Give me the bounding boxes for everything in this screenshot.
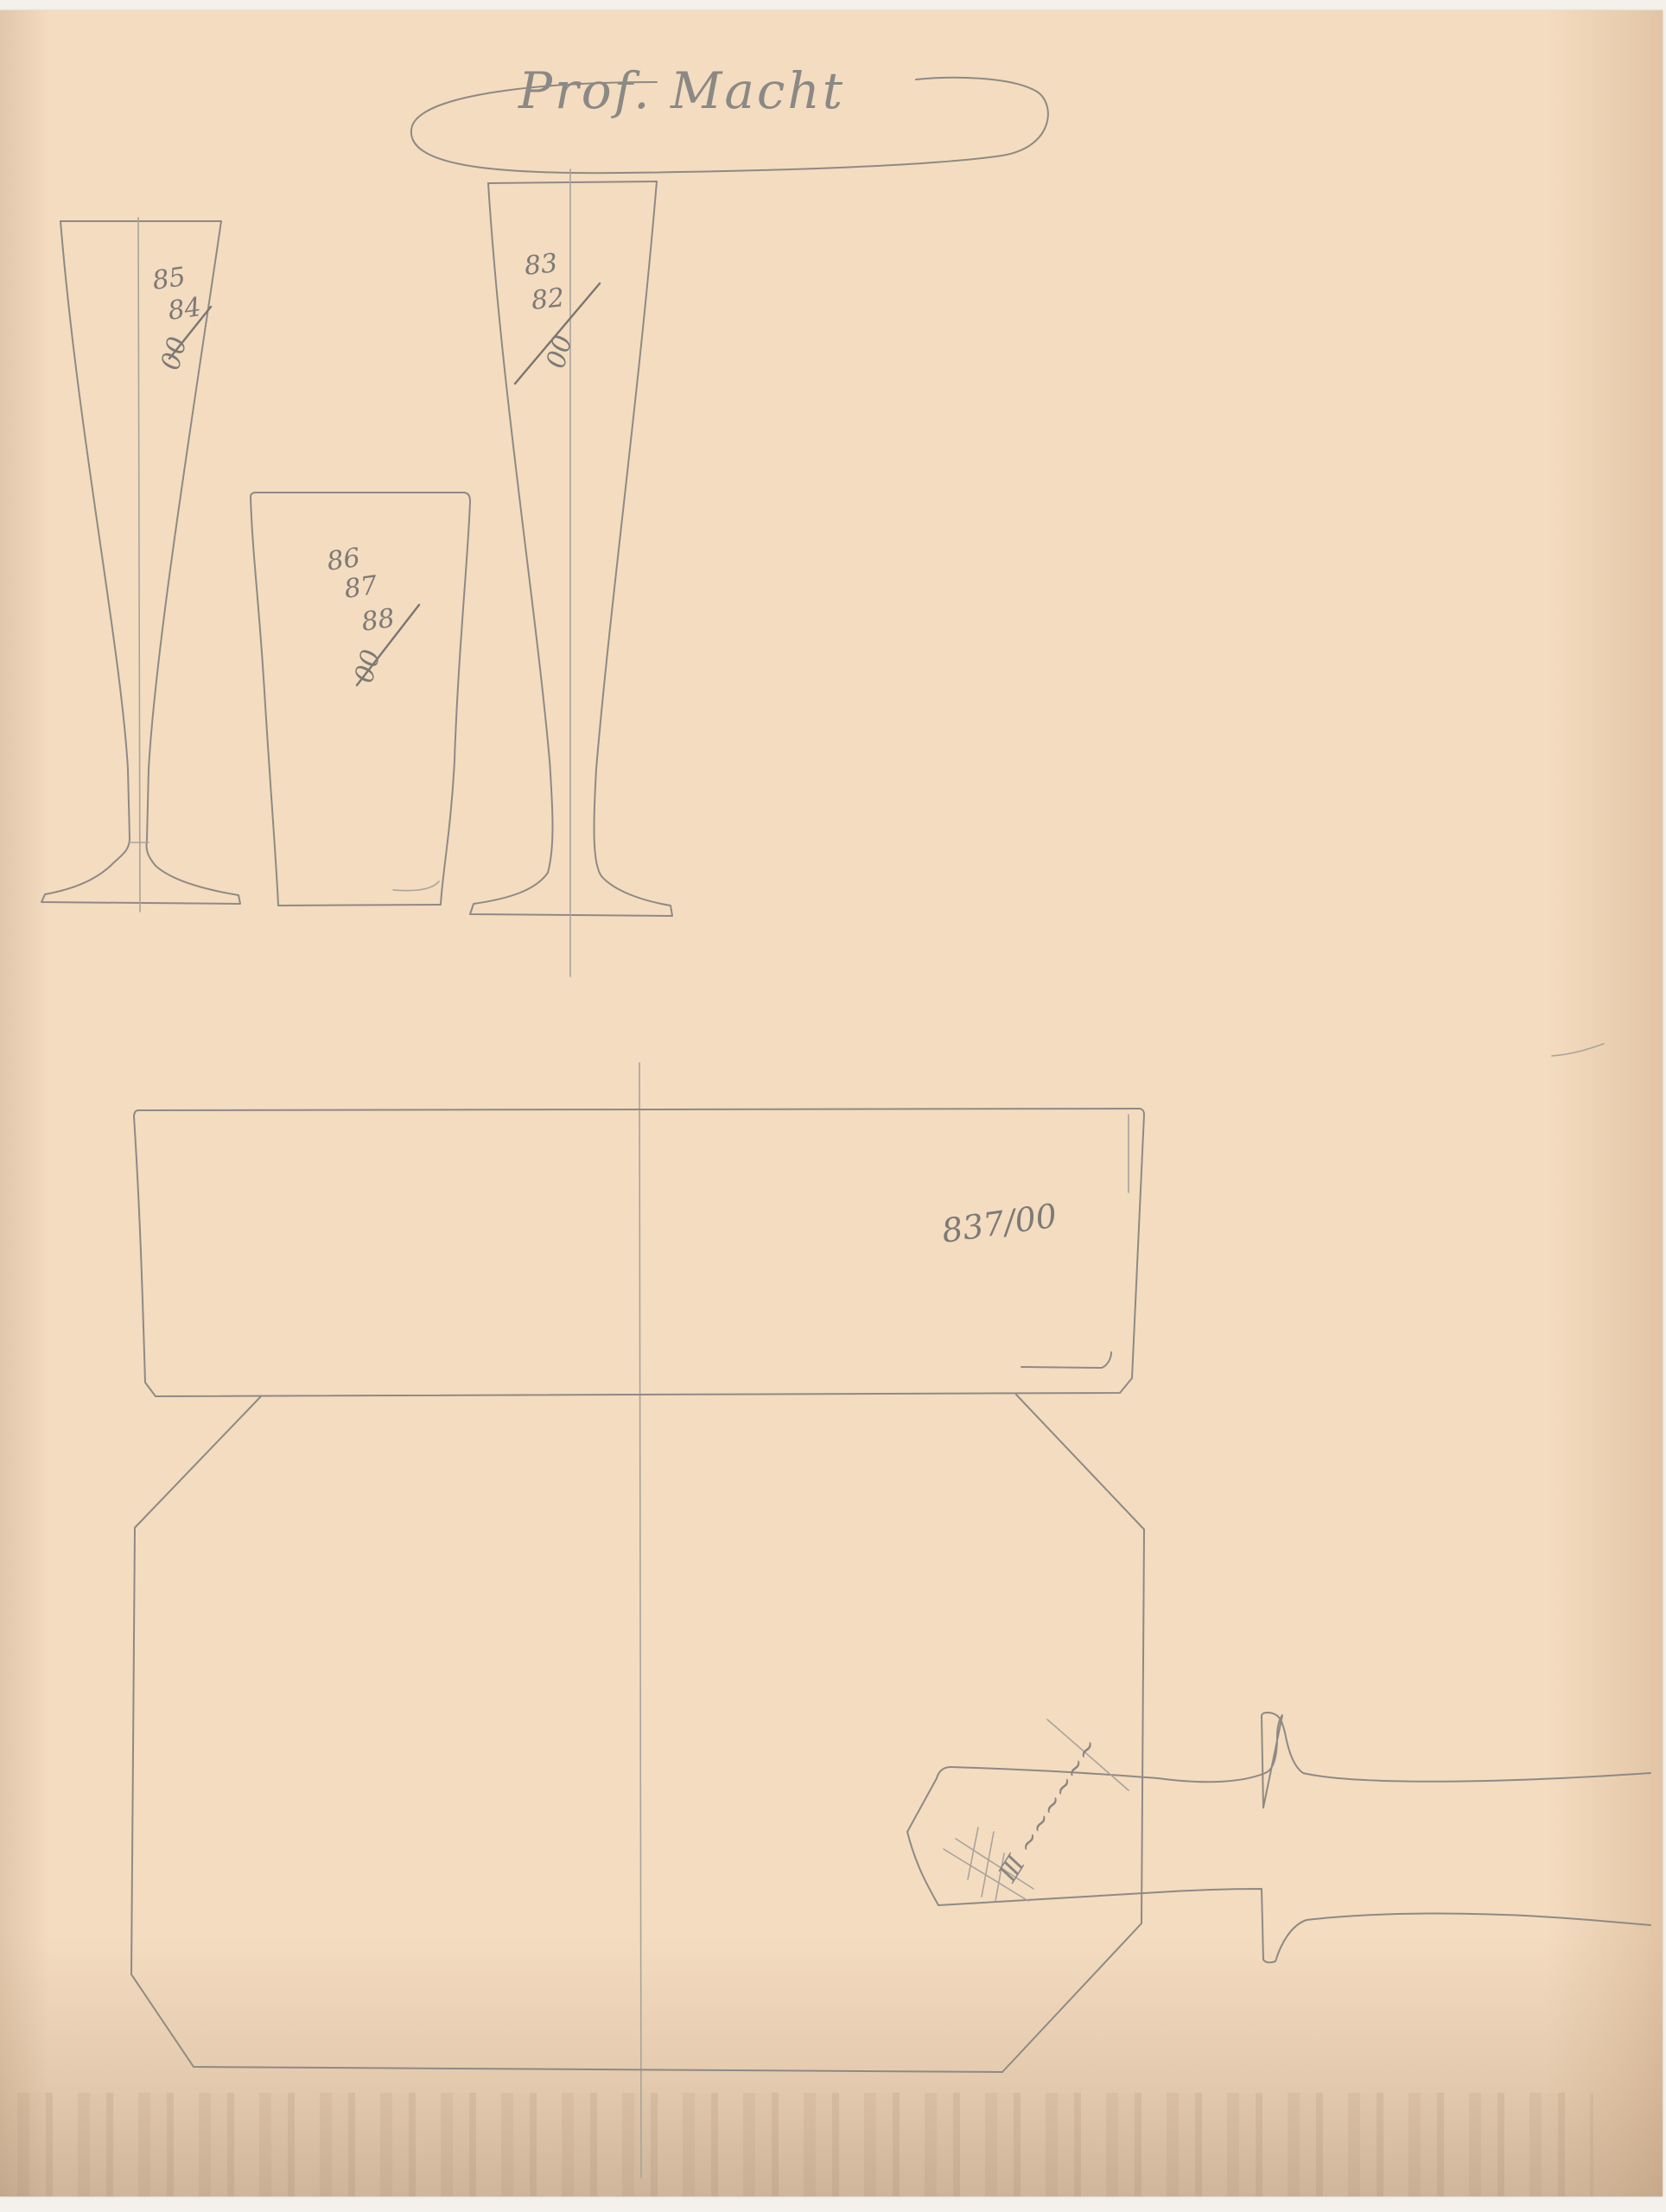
tall-flute-right: 83 82 00 [470,169,672,976]
svg-text:00: 00 [541,332,579,372]
beaker-glass: 86 87 88 00 [251,493,470,906]
title-cartouche: Prof. Macht [411,61,1048,173]
label-beaker: 86 87 88 00 [325,543,419,686]
svg-text:82: 82 [530,283,566,316]
tray-center-axis [639,1063,641,2177]
handle-scribble: Ⅲ ~~~~~~ [993,1732,1106,1888]
pencil-drawing: Prof. Macht 85 84 00 86 87 88 00 83 [0,0,1666,2212]
svg-text:84: 84 [166,292,203,327]
octagonal-tray [131,1395,1144,2072]
stray-mark [1552,1044,1604,1056]
paddle-handle: Ⅲ ~~~~~~ [907,1713,1650,1962]
title-signature: Prof. Macht [518,61,845,120]
tray-label: 837/00 [939,1197,1059,1250]
svg-text:85: 85 [150,262,188,296]
svg-text:88: 88 [359,603,397,638]
svg-text:86: 86 [325,543,362,577]
svg-text:83: 83 [523,248,559,282]
label-flute-right: 83 82 00 [515,248,600,384]
svg-text:00: 00 [156,334,194,373]
svg-text:87: 87 [342,570,380,605]
tall-flute-left: 85 84 00 [41,218,240,912]
